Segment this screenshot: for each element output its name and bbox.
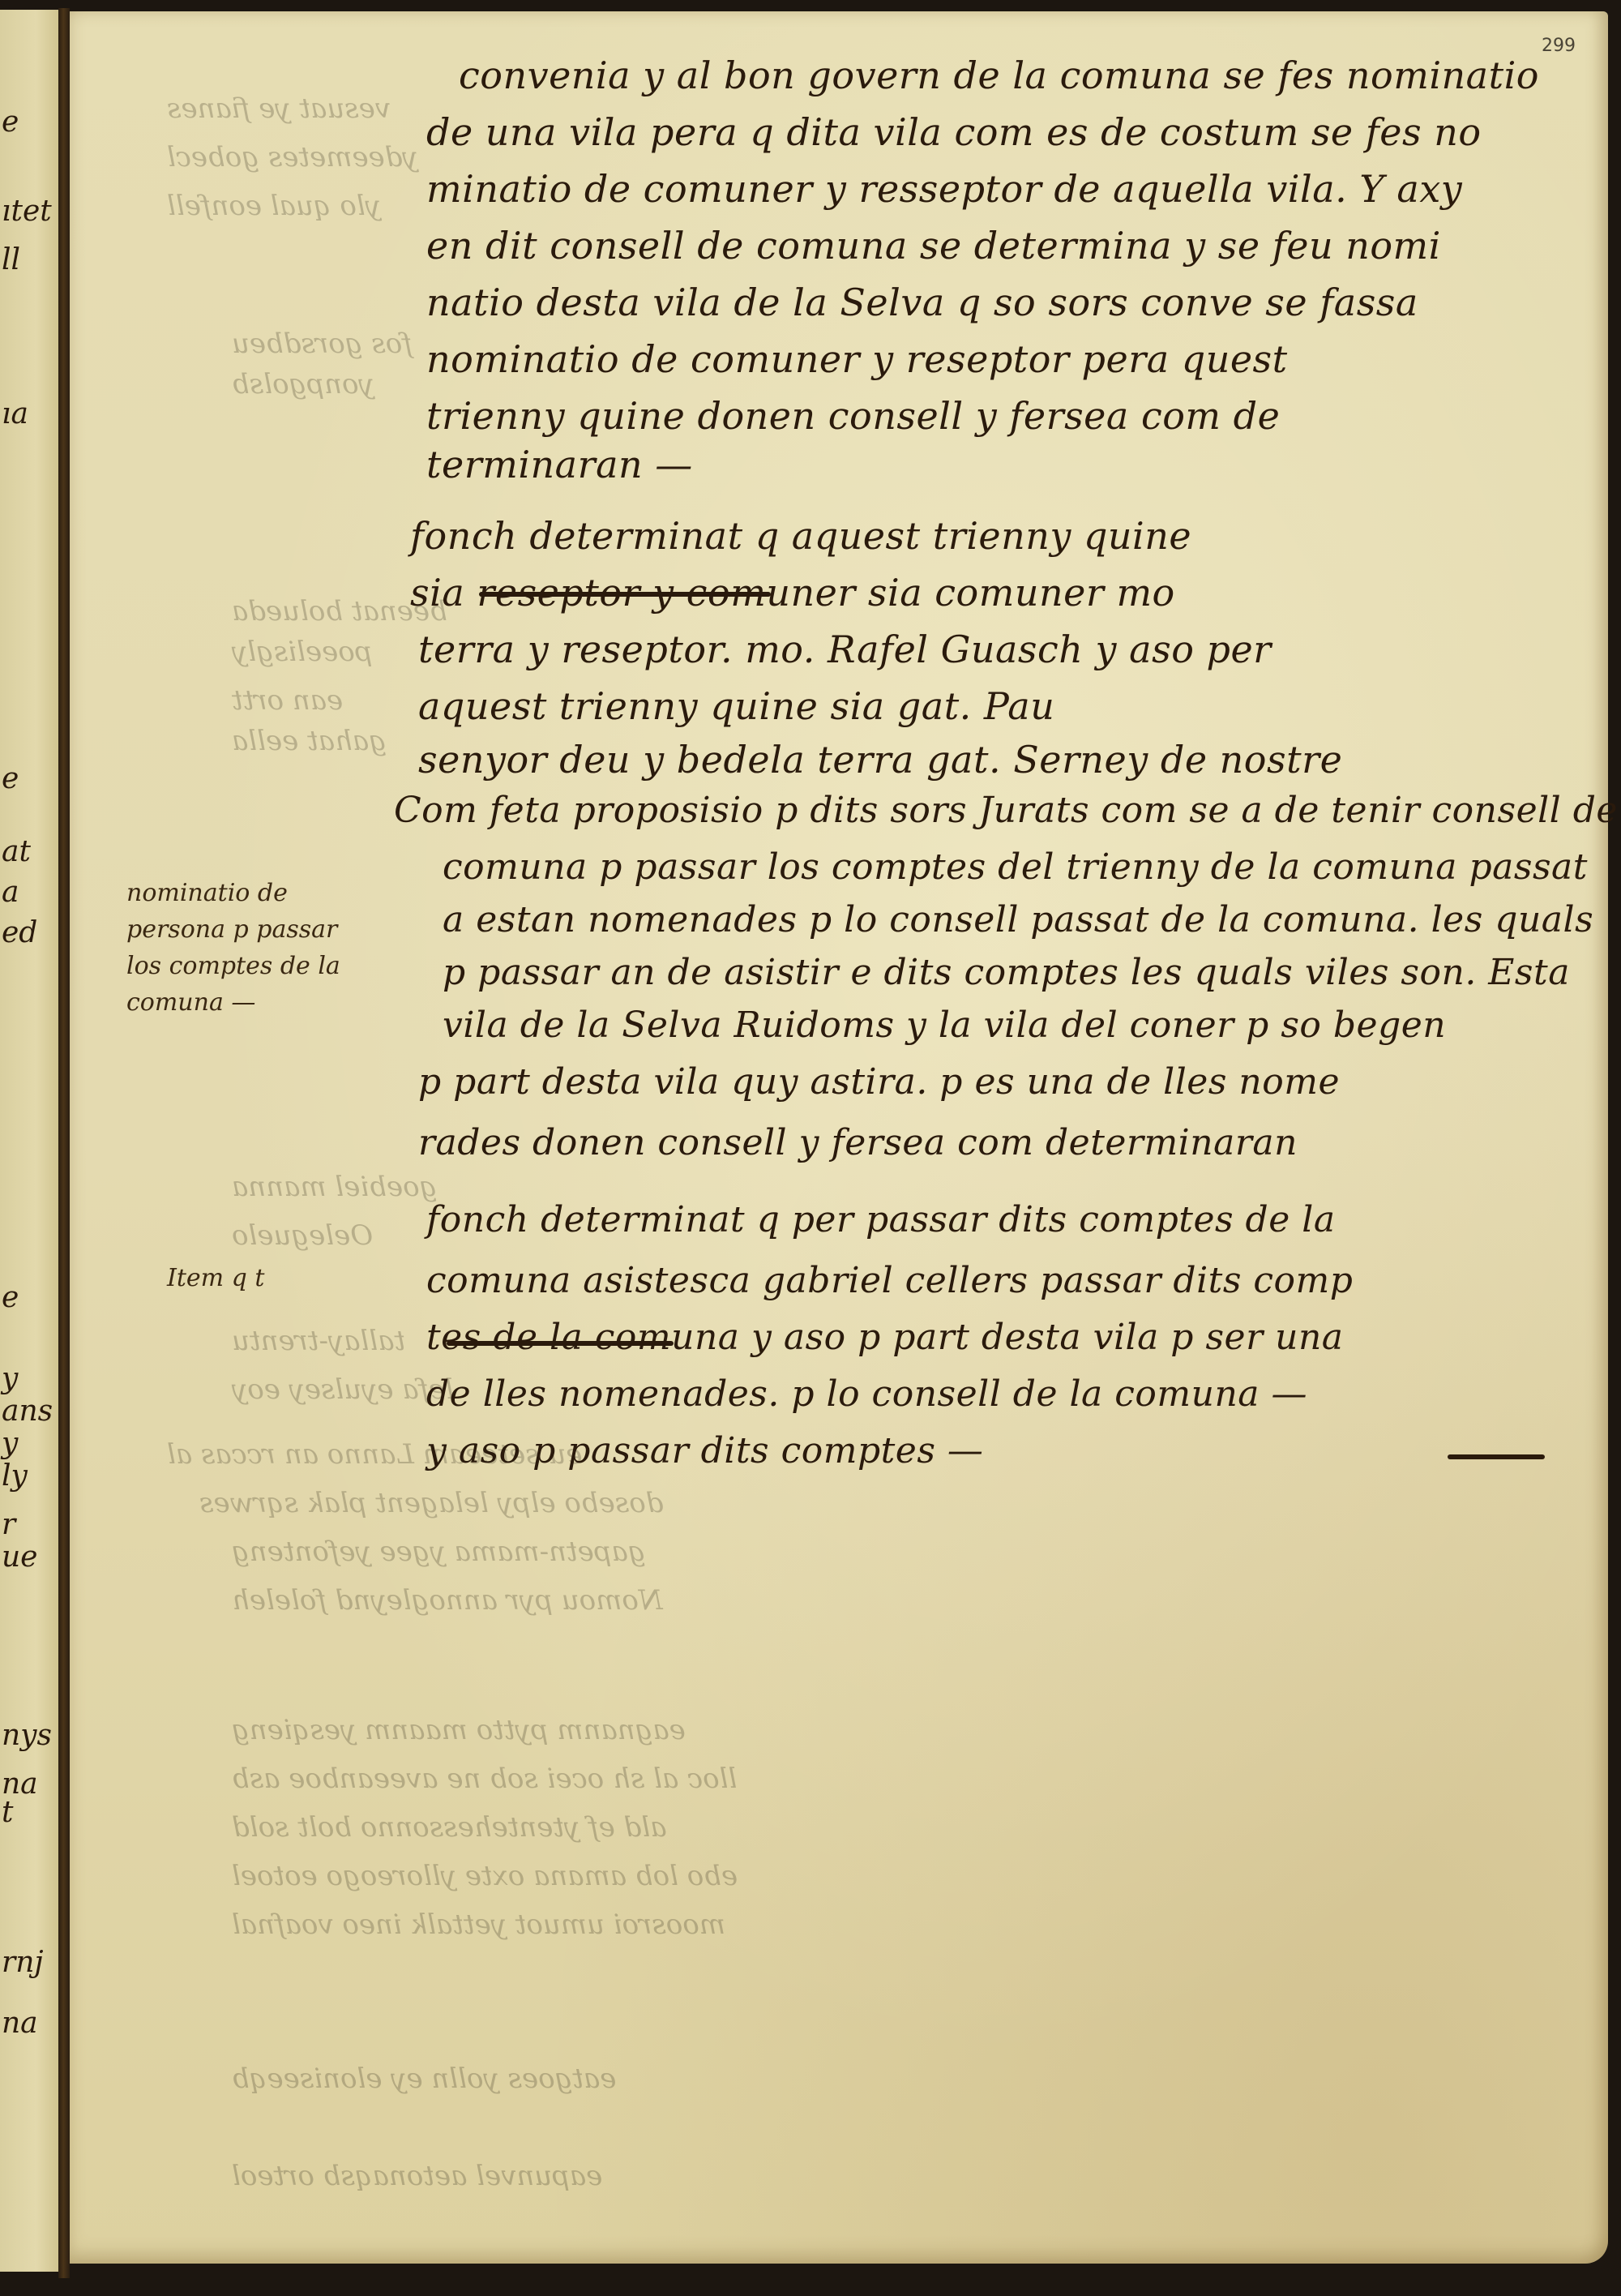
margin-line: persona p passar: [126, 915, 337, 944]
text-line: comuna asistesca gabriel cellers passar …: [426, 1260, 1353, 1301]
left-fragment: e: [2, 105, 19, 139]
left-fragment: ed: [2, 916, 37, 949]
text-line: rades donen consell y fersea com determi…: [418, 1122, 1298, 1163]
left-page-edge: [0, 10, 60, 2272]
text-line: en dit consell de comuna se determina y …: [426, 224, 1441, 268]
left-fragment: nys: [2, 1719, 52, 1752]
text-line: Com feta proposisio p dits sors Jurats c…: [394, 790, 1618, 831]
left-fragment: y: [2, 1362, 18, 1395]
left-fragment: r: [2, 1508, 15, 1541]
left-fragment: ans: [2, 1394, 53, 1428]
text-line: vila de la Selva Ruidoms y la vila del c…: [443, 1004, 1446, 1046]
left-fragment: ly: [2, 1459, 28, 1493]
text-line: p part desta vila quy astira. p es una d…: [418, 1061, 1340, 1103]
text-line: y aso p passar dits comptes —: [426, 1430, 983, 1471]
text-line: a estan nomenades p lo consell passat de…: [443, 899, 1593, 940]
left-fragment: rnj: [2, 1946, 44, 1979]
text-line: trienny quine donen consell y fersea com…: [426, 394, 1280, 438]
left-fragment: ll: [2, 243, 20, 276]
left-fragment: t: [2, 1796, 13, 1829]
text-line: minatio de comuner y resseptor de aquell…: [426, 167, 1462, 211]
left-fragment: a: [2, 876, 19, 909]
text-line: convenia y al bon govern de la comuna se…: [459, 54, 1539, 97]
text-line: comuna p passar los comptes del trienny …: [443, 846, 1588, 888]
text-line: p passar an de asistir e dits comptes le…: [443, 952, 1570, 993]
left-fragment: ıa: [2, 397, 28, 430]
left-fragment: ıtet: [2, 195, 52, 228]
margin-line: nominatio de: [126, 879, 288, 907]
text-line: de lles nomenades. p lo consell de la co…: [426, 1373, 1307, 1415]
margin-note-item: Item q t: [167, 1264, 264, 1292]
text-line: natio desta vila de la Selva q so sors c…: [426, 281, 1418, 324]
book-gutter: [58, 8, 70, 2278]
strikethrough-mark: [447, 1341, 674, 1346]
text-line: nominatio de comuner y reseptor pera que…: [426, 337, 1288, 381]
text-line: tes de la comuna y aso p part desta vila…: [426, 1317, 1344, 1358]
left-fragment: y: [2, 1427, 18, 1460]
left-fragment: at: [2, 835, 31, 868]
margin-line: los comptes de la: [126, 952, 340, 980]
strikethrough-mark: [479, 592, 771, 597]
left-fragment: na: [2, 2007, 38, 2040]
text-line: terra y reseptor. mo. Rafel Guasch y aso…: [418, 628, 1272, 671]
line-end-dash: [1448, 1454, 1545, 1459]
left-fragment: ue: [2, 1540, 38, 1574]
text-line: terminaran —: [426, 443, 693, 486]
text-line: de una vila pera q dita vila com es de c…: [426, 110, 1482, 154]
text-line: fonch determinat q aquest trienny quine: [410, 514, 1191, 558]
folio-number: 299: [1542, 36, 1576, 56]
text-line: aquest trienny quine sia gat. Pau: [418, 684, 1054, 728]
manuscript-page: 299 vesuat ye fianes ydeemetes gobecl yl…: [70, 11, 1608, 2264]
margin-line: comuna —: [126, 988, 255, 1017]
text-line: fonch determinat q per passar dits compt…: [426, 1199, 1336, 1240]
left-fragment: e: [2, 762, 19, 795]
left-fragment: e: [2, 1281, 19, 1314]
text-line: senyor deu y bedela terra gat. Serney de…: [418, 738, 1342, 782]
